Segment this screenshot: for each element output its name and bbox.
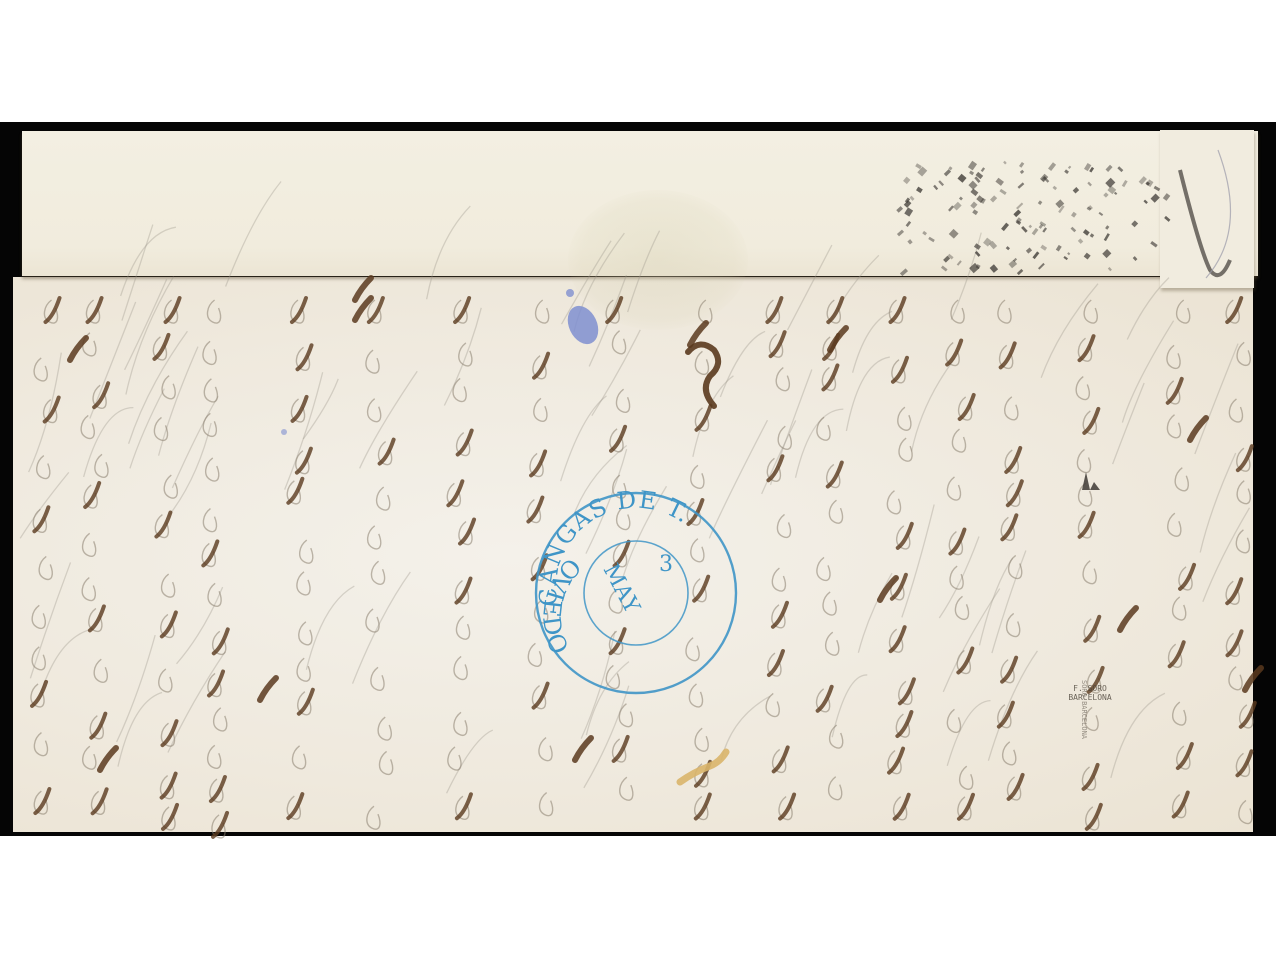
papermaker-blindstamp: F. SORO BARCELONA: [1060, 684, 1120, 702]
maker-city: BARCELONA: [1060, 693, 1120, 702]
postmark-day: 3: [659, 552, 673, 577]
maker-name: F. SORO: [1060, 684, 1120, 693]
postmark-month: MAY: [598, 560, 645, 618]
cangas-postmark: CANGAS DE T. OVIEDO MAY 3: [530, 487, 742, 699]
